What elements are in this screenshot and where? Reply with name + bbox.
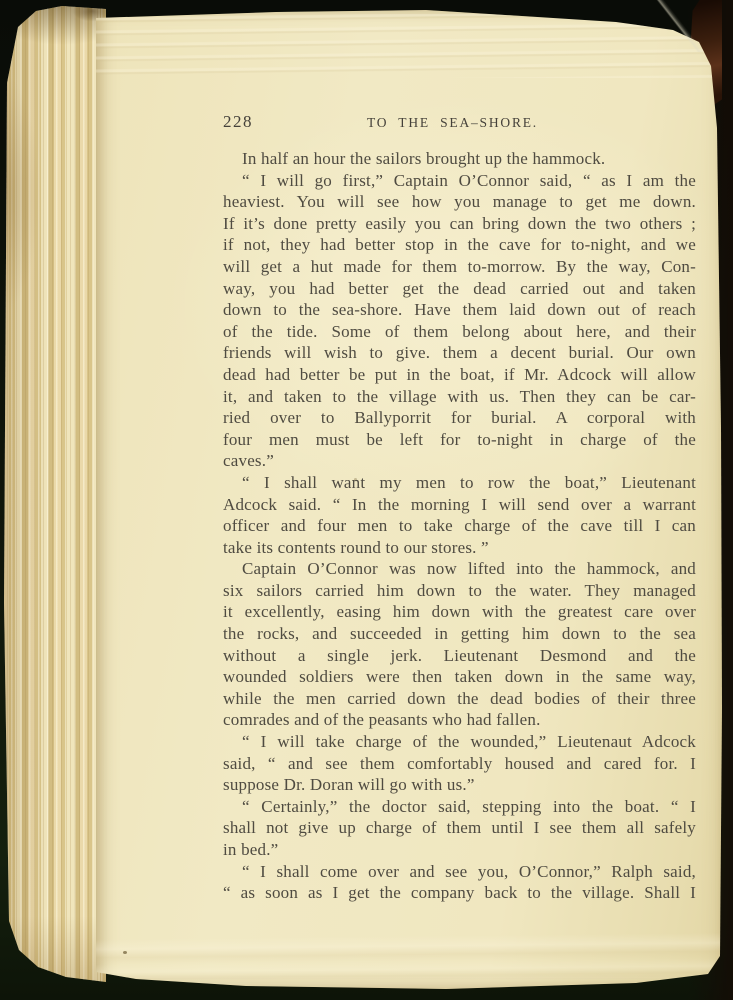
text-line: if not, they had better stop in the cave… (223, 234, 696, 256)
text-line: Adcock said. “ In the morning I will sen… (223, 494, 696, 516)
text-line: “ I will go first,” Captain O’Connor sai… (223, 170, 696, 192)
text-line: down to the sea-shore. Have them laid do… (223, 299, 696, 321)
text-line: take its contents round to our stores. ” (223, 537, 696, 559)
text-line: wounded soldiers were then taken down in… (223, 666, 696, 688)
text-line: “ as soon as I get the company back to t… (223, 882, 696, 904)
text-line: will get a hut made for them to-morrow. … (223, 256, 696, 278)
text-line: “ I shall want my men to row the boat,” … (223, 472, 696, 494)
text-line: it, and taken to the village with us. Th… (223, 386, 696, 408)
text-line: the rocks, and succeeded in getting him … (223, 623, 696, 645)
text-line: Captain O’Connor was now lifted into the… (223, 558, 696, 580)
hair-scratch (645, 0, 715, 52)
text-line: “ I will take charge of the wounded,” Li… (223, 731, 696, 753)
text-line: suppose Dr. Doran will go with us.” (223, 774, 696, 796)
page-header: 228 TO THE SEA–SHORE. (223, 112, 696, 134)
text-line: “ Certainly,” the doctor said, stepping … (223, 796, 696, 818)
text-line: officer and four men to take charge of t… (223, 515, 696, 537)
text-line: in bed.” (223, 839, 696, 861)
running-head: TO THE SEA–SHORE. (223, 115, 682, 131)
text-line: In half an hour the sailors brought up t… (223, 148, 696, 170)
text-line: it excellently, easing him down with the… (223, 601, 696, 623)
text-line: of the tide. Some of them belong about h… (223, 321, 696, 343)
text-line: said, “ and see them comfortably housed … (223, 753, 696, 775)
text-line: without a single jerk. Lieutenant Desmon… (223, 645, 696, 667)
text-line: shall not give up charge of them until I… (223, 817, 696, 839)
page-text: In half an hour the sailors brought up t… (223, 148, 696, 904)
text-line: six sailors carried him down to the wate… (223, 580, 696, 602)
book-page: 228 TO THE SEA–SHORE. In half an hour th… (96, 8, 726, 990)
text-line: heaviest. You will see how you manage to… (223, 191, 696, 213)
page-edges-stack (2, 3, 106, 985)
text-line: “ I shall come over and see you, O’Conno… (223, 861, 696, 883)
text-line: If it’s done pretty easily you can bring… (223, 213, 696, 235)
text-line: comrades and of the peasants who had fal… (223, 709, 696, 731)
text-line: way, you had better get the dead carried… (223, 278, 696, 300)
text-line: four men must be left for to-night in ch… (223, 429, 696, 451)
scanned-book-photo: 228 TO THE SEA–SHORE. In half an hour th… (0, 0, 733, 1000)
text-line: while the men carried down the dead bodi… (223, 688, 696, 710)
text-line: caves.” (223, 450, 696, 472)
paper-crease-bottom (96, 933, 726, 986)
text-line: ried over to Ballyporrit for burial. A c… (223, 407, 696, 429)
paper-speck (123, 951, 127, 954)
text-line: dead had better be put in the boat, if M… (223, 364, 696, 386)
text-line: friends will wish to give. them a decent… (223, 342, 696, 364)
